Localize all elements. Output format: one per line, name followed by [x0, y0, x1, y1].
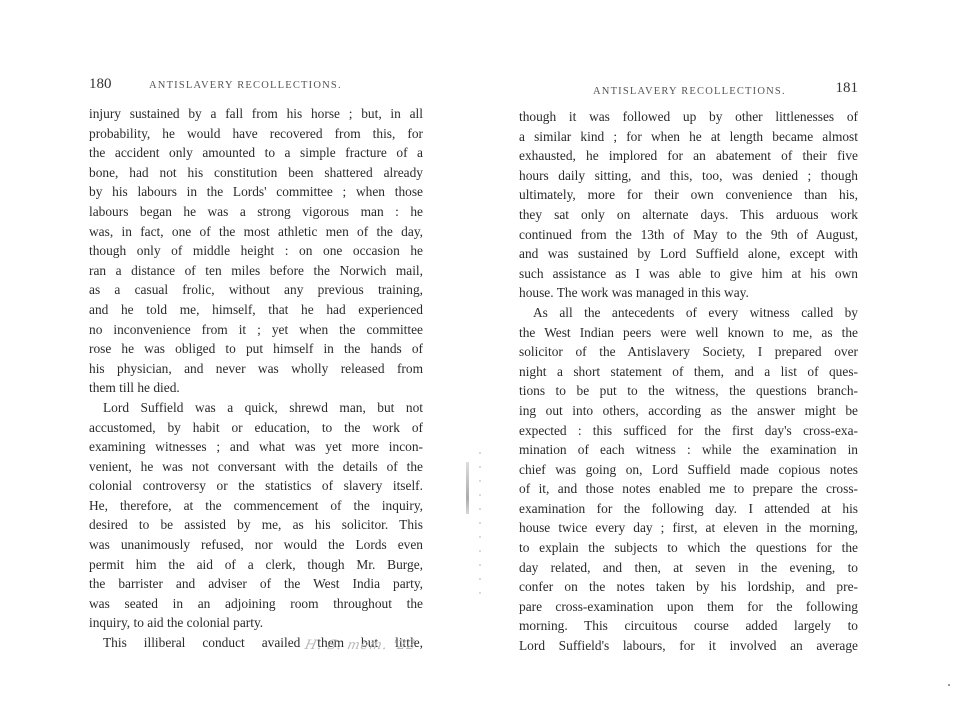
text-line: was seated in an adjoining room througho…	[89, 594, 423, 614]
text-line: labours began he was a strong vigorous m…	[89, 202, 423, 222]
text-line: permit him the aid of a clerk, though Mr…	[89, 555, 423, 575]
text-line: to explain the subjects to which the que…	[519, 538, 858, 558]
text-line: chief was going on, Lord Suffield made c…	[519, 460, 858, 480]
text-line: the barrister and adviser of the West In…	[89, 574, 423, 594]
text-line: and he told me, himself, that he had exp…	[89, 300, 423, 320]
text-line: no inconvenience from it ; yet when the …	[89, 320, 423, 340]
text-line: tions to be put to the witness, the ques…	[519, 381, 858, 401]
page-number: 181	[836, 80, 859, 97]
text-line: accustomed, by habit or education, to th…	[89, 418, 423, 438]
text-line: was unanimously refused, nor would the L…	[89, 535, 423, 555]
gutter-binding-mark	[466, 462, 469, 514]
text-line: though only of middle height : on one oc…	[89, 241, 423, 261]
text-line: the West Indian peers were well known to…	[519, 323, 858, 343]
text-line: confer on the notes taken by his lordshi…	[519, 577, 858, 597]
text-line: mination of each witness : while the exa…	[519, 440, 858, 460]
text-line: continued from the 13th of May to the 9t…	[519, 225, 858, 245]
right-running-head: ANTISLAVERY RECOLLECTIONS. 181	[519, 83, 858, 101]
text-line: Lord Suffield's labours, for it involved…	[519, 636, 858, 656]
text-line: of it, and those notes enabled me to pre…	[519, 479, 858, 499]
text-line: such assistance as I was able to give hi…	[519, 264, 858, 284]
text-line: house twice every day ; first, at eleven…	[519, 518, 858, 538]
text-line: his physician, and never was wholly rele…	[89, 359, 423, 379]
text-line: As all the antecedents of every witness …	[519, 303, 858, 323]
handwritten-annotation: H. S. mem. '22	[303, 638, 417, 653]
running-head-title: ANTISLAVERY RECOLLECTIONS.	[593, 86, 786, 97]
text-line: venient, he was not conversant with the …	[89, 457, 423, 477]
gutter-binding-dots	[479, 452, 481, 602]
text-line: night a short statement of them, and a l…	[519, 362, 858, 382]
text-line: rose he was obliged to put himself in th…	[89, 339, 423, 359]
text-line: a similar kind ; for when he at length b…	[519, 127, 858, 147]
text-line: He, therefore, at the commencement of th…	[89, 496, 423, 516]
text-line: injury sustained by a fall from his hors…	[89, 104, 423, 124]
text-line: ing out into others, according as the an…	[519, 401, 858, 421]
scan-speck	[948, 684, 950, 686]
running-head-title: ANTISLAVERY RECOLLECTIONS.	[149, 80, 342, 91]
left-running-head: 180 ANTISLAVERY RECOLLECTIONS.	[89, 79, 423, 97]
text-line: solicitor of the Antislavery Society, I …	[519, 342, 858, 362]
text-line: exhausted, he implored for an abatement …	[519, 146, 858, 166]
text-line: Lord Suffield was a quick, shrewd man, b…	[89, 398, 423, 418]
text-line: day related, and then, at seven in the e…	[519, 558, 858, 578]
text-line: as a casual frolic, without any previous…	[89, 280, 423, 300]
right-page-body: though it was followed up by other littl…	[519, 107, 858, 656]
page-number: 180	[89, 76, 112, 93]
text-line: probability, he would have recovered fro…	[89, 124, 423, 144]
text-line: by his labours in the Lords' committee ;…	[89, 182, 423, 202]
text-line: was, in fact, one of the most athletic m…	[89, 222, 423, 242]
text-line: expected : this sufficed for the first d…	[519, 421, 858, 441]
text-line: pare cross-examination upon them for the…	[519, 597, 858, 617]
text-line: ultimately, more for their own convenien…	[519, 185, 858, 205]
text-line: ran a distance of ten miles before the N…	[89, 261, 423, 281]
text-line: though it was followed up by other littl…	[519, 107, 858, 127]
text-line: house. The work was managed in this way.	[519, 283, 858, 303]
text-line: colonial controversy or the statistics o…	[89, 476, 423, 496]
text-line: they sat only on alternate days. This ar…	[519, 205, 858, 225]
text-line: desired to be assisted by me, as his sol…	[89, 515, 423, 535]
text-line: bone, had not his constitution been shat…	[89, 163, 423, 183]
text-line: them till he died.	[89, 378, 423, 398]
text-line: examining witnesses ; and what was yet m…	[89, 437, 423, 457]
text-line: inquiry, to aid the colonial party.	[89, 613, 423, 633]
text-line: the accident only amounted to a simple f…	[89, 143, 423, 163]
text-line: hours daily sitting, and this, too, was …	[519, 166, 858, 186]
text-line: and was sustained by Lord Suffield alone…	[519, 244, 858, 264]
left-page-body: injury sustained by a fall from his hors…	[89, 104, 423, 653]
text-line: examination for the following day. I att…	[519, 499, 858, 519]
text-line: morning. This circuitous course added la…	[519, 616, 858, 636]
